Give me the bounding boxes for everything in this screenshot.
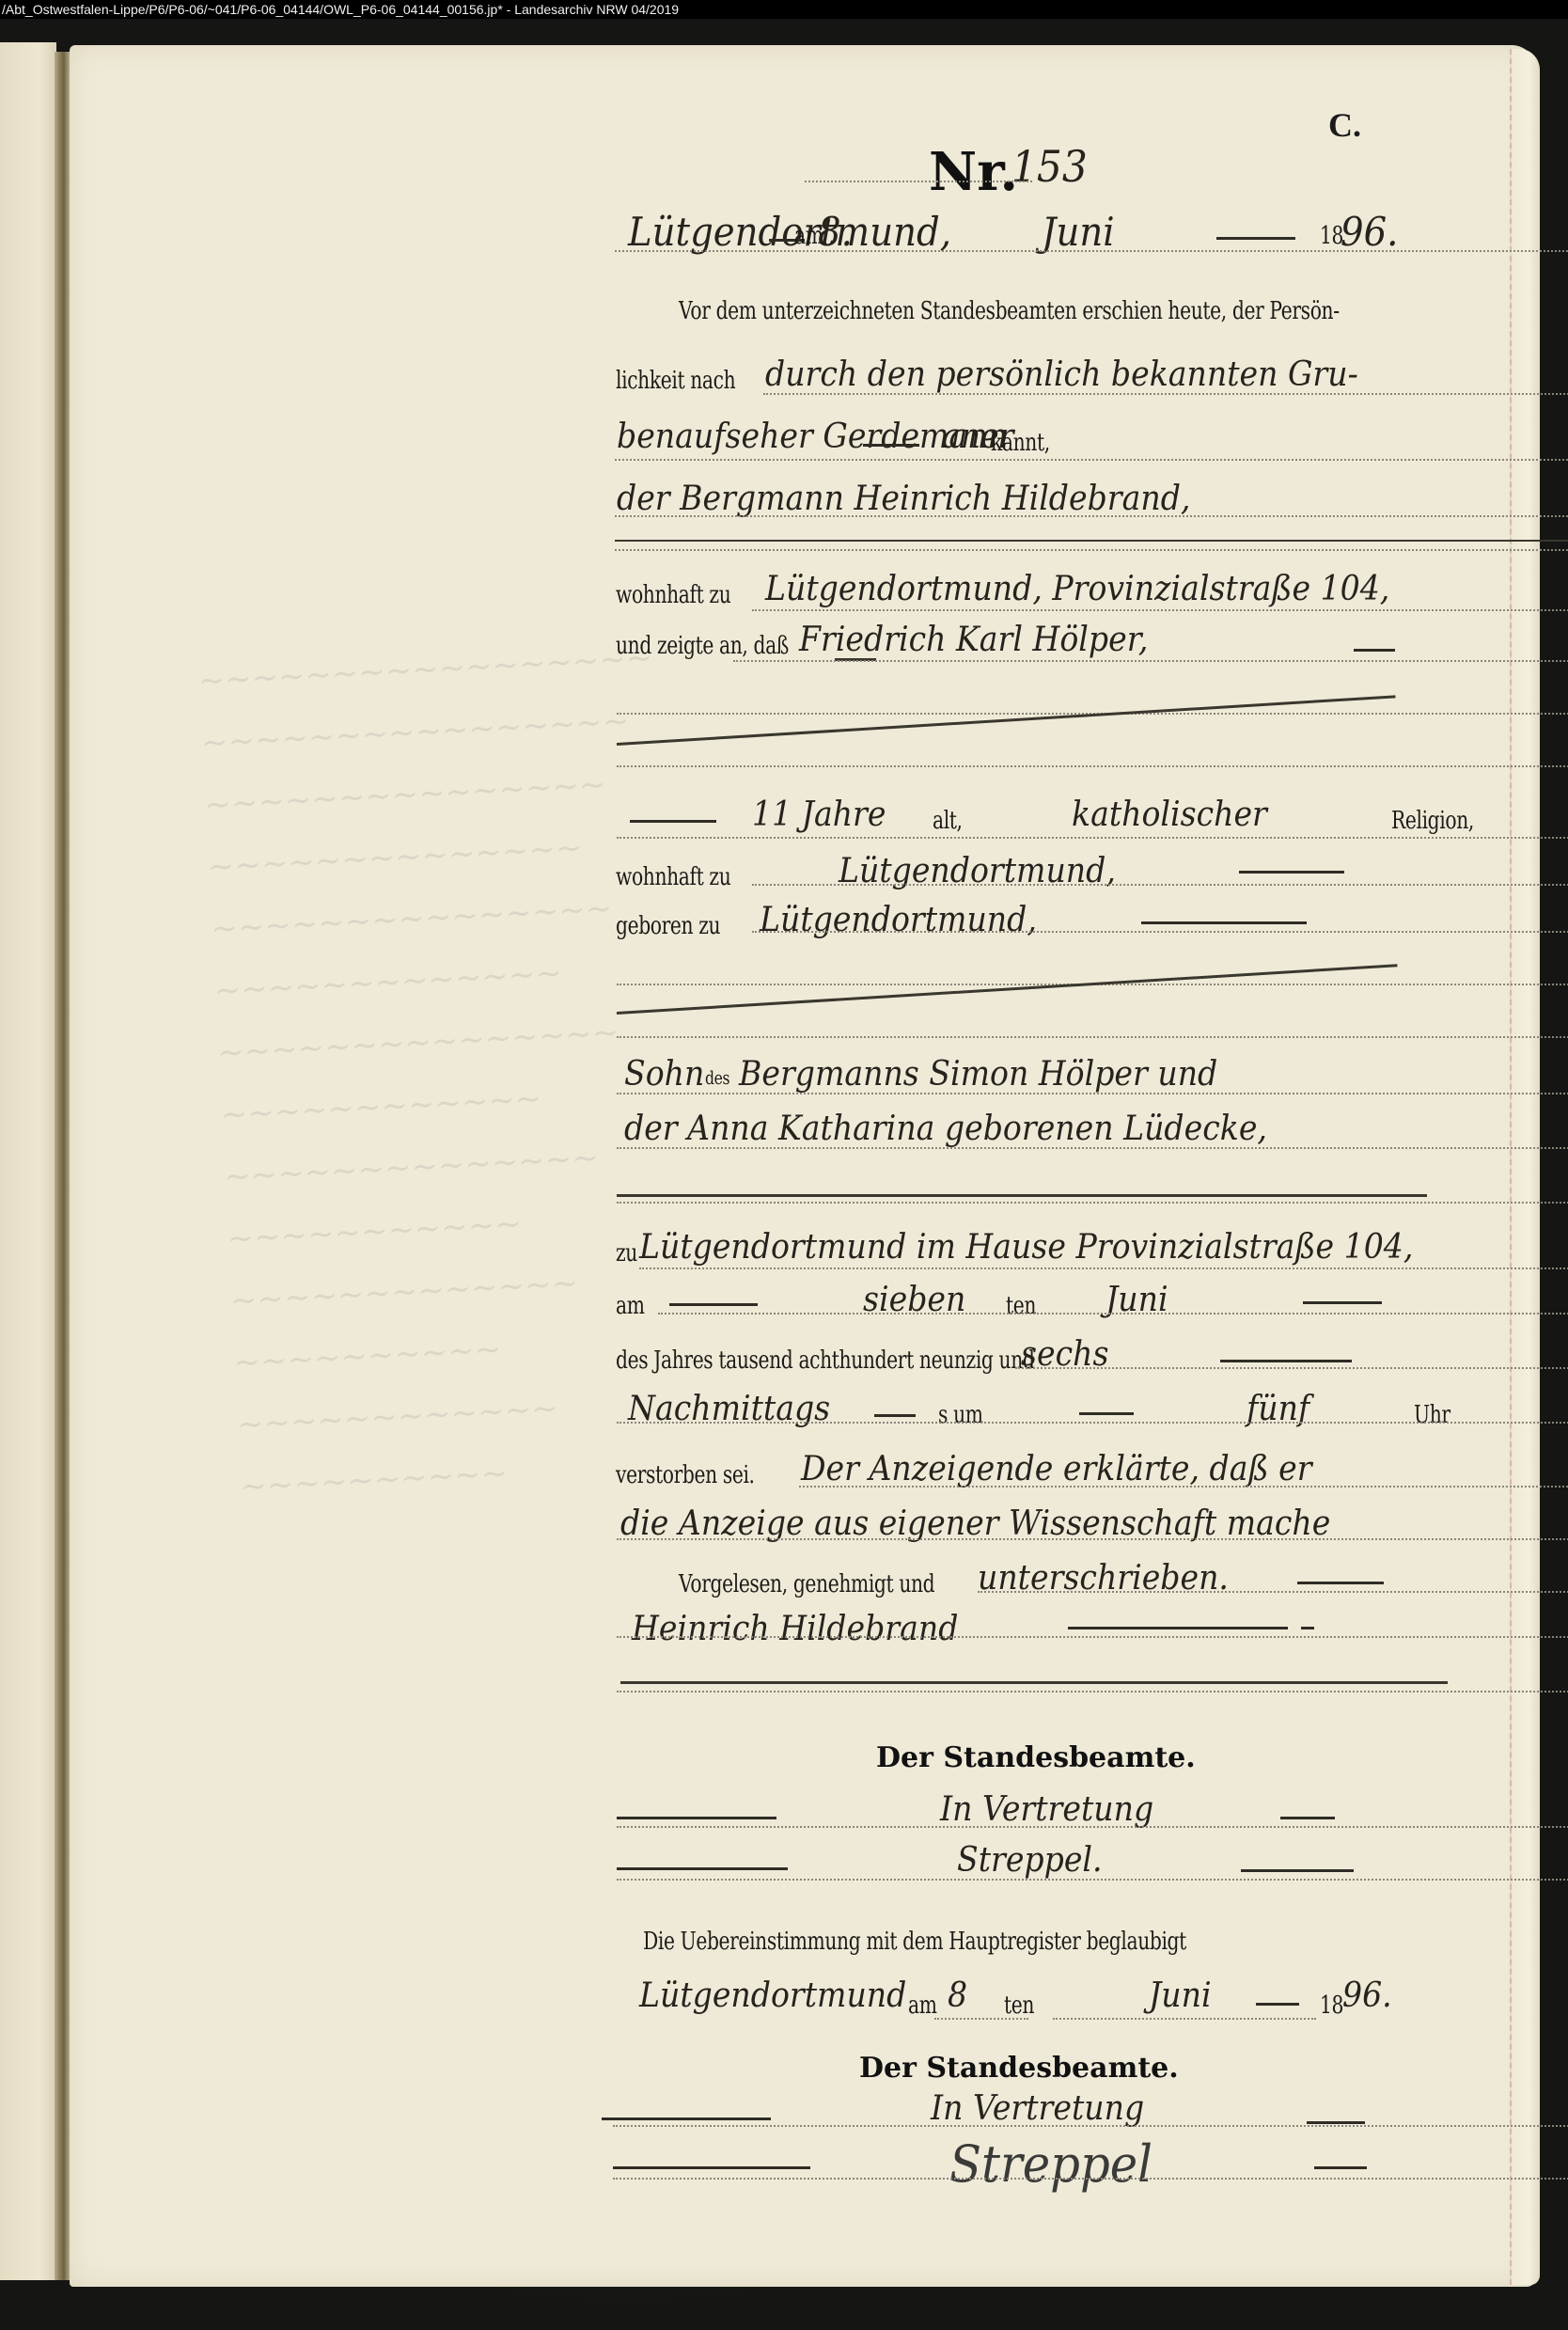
dotted-line — [1015, 1367, 1568, 1369]
year-suffix: 96. — [1341, 209, 1398, 255]
dotted-line — [617, 1147, 1568, 1149]
dotted-line — [617, 1636, 1568, 1638]
registrar2-line1: In Vertretung — [931, 2089, 1144, 2128]
dash — [669, 1303, 758, 1306]
dotted-line — [799, 1486, 1568, 1488]
registrar-line2: Streppel. — [957, 1841, 1103, 1880]
dotted-line — [617, 1202, 1568, 1204]
parents-start: Sohn — [624, 1055, 704, 1094]
uhr-label: Uhr — [1414, 1401, 1450, 1429]
dotted-line — [617, 1691, 1568, 1692]
dotted-line — [934, 2018, 1028, 2020]
dash — [1220, 1360, 1352, 1362]
strike-rule — [620, 1681, 1448, 1684]
dash — [602, 2117, 771, 2120]
dotted-line — [615, 250, 1568, 252]
dash — [1301, 1627, 1314, 1629]
remark-line2: die Anzeige aus eigener Wissenschaft mac… — [620, 1504, 1330, 1543]
cert-month-value: Juni — [1149, 1976, 1212, 2015]
dash — [874, 1414, 916, 1417]
dotted-line — [615, 515, 1568, 517]
informant-signature: Heinrich Hildebrand — [632, 1610, 958, 1648]
deceased-residence-label: wohnhaft zu — [616, 863, 730, 891]
s-um-label: s um — [938, 1401, 983, 1429]
identity-line1: durch den persönlich bekannten Gru- — [765, 355, 1358, 394]
religion-label: Religion, — [1391, 807, 1474, 835]
nr-label: Nr. — [929, 141, 1018, 203]
residence-label: wohnhaft zu — [616, 581, 730, 609]
dash — [1079, 1412, 1134, 1415]
dash — [1241, 1869, 1354, 1872]
birthplace-label: geboren zu — [616, 912, 720, 940]
dotted-line — [615, 549, 1568, 551]
dotted-line — [613, 2178, 1568, 2180]
dotted-line — [1053, 2018, 1316, 2020]
cert-year-suffix: 96. — [1342, 1976, 1392, 2015]
nr-dotted-line — [805, 181, 1032, 182]
form-letter: C. — [1328, 105, 1361, 145]
dotted-line — [752, 884, 1568, 886]
dash — [613, 2166, 810, 2169]
age-value: 11 Jahre — [752, 795, 886, 834]
nr-value: 153 — [1011, 141, 1088, 192]
dotted-line — [617, 837, 1568, 839]
birthplace-value: Lütgendortmund, — [760, 901, 1037, 939]
alt-label: alt, — [933, 807, 963, 835]
left-page-edge — [0, 42, 56, 2280]
dash — [617, 1867, 788, 1870]
dash — [1354, 649, 1395, 652]
dotted-line — [617, 1422, 1568, 1424]
ten-label: ten — [1006, 1292, 1036, 1320]
dash — [1141, 921, 1307, 924]
dotted-line — [752, 931, 1568, 933]
dotted-line — [617, 1538, 1568, 1540]
dash — [1256, 2003, 1299, 2006]
dash — [617, 1817, 776, 1819]
dotted-line — [617, 765, 1568, 767]
dotted-line — [615, 459, 1568, 461]
place-value: Lütgendortmund, — [628, 209, 951, 255]
year-text: des Jahres tausend achthundert neunzig u… — [616, 1346, 1035, 1375]
dotted-line — [733, 660, 1568, 662]
registrar-line1: In Vertretung — [940, 1790, 1153, 1829]
month-value: Juni — [1042, 209, 1115, 255]
dotted-line — [752, 609, 1568, 611]
page-stack-edge — [1510, 49, 1540, 2285]
cert-day-value: 8 — [948, 1976, 967, 2015]
dotted-line — [763, 393, 1568, 395]
strike-rule — [617, 1194, 1427, 1197]
cert-am-label: am — [908, 1992, 937, 2020]
dash — [863, 444, 919, 447]
registrar-title: Der Standesbeamte. — [876, 1741, 1196, 1774]
registrar2-signature: Streppel — [949, 2134, 1152, 2194]
dash — [1280, 1817, 1335, 1819]
dash — [1307, 2121, 1365, 2124]
deceased-label: und zeigte an, daß — [616, 632, 789, 660]
cert-place-value: Lütgendortmund — [639, 1976, 906, 2015]
dash — [1303, 1301, 1382, 1304]
dotted-line — [617, 1879, 1568, 1881]
registrar2-title: Der Standesbeamte. — [859, 2052, 1179, 2085]
dash — [1068, 1627, 1288, 1629]
dotted-line — [617, 1093, 1568, 1094]
intro-text: Vor dem unterzeichneten Standesbeamten e… — [679, 297, 1340, 325]
death-am-label: am — [616, 1292, 645, 1320]
dotted-line — [617, 1826, 1568, 1828]
dash — [1216, 237, 1295, 240]
certification-text: Die Uebereinstimmung mit dem Hauptregist… — [643, 1928, 1186, 1956]
religion-value: katholischer — [1072, 795, 1267, 834]
residence-value: Lütgendortmund, Provinzialstraße 104, — [765, 570, 1389, 608]
death-place-value: Lütgendortmund im Hause Provinzialstraße… — [639, 1228, 1413, 1267]
window-title: /Abt_Ostwestfalen-Lippe/P6/P6-06/~041/P6… — [2, 2, 679, 17]
kannt-label: kannt, — [991, 429, 1050, 457]
dotted-line — [658, 1313, 1568, 1315]
deceased-value: Friedrich Karl Hölper, — [799, 621, 1148, 659]
dotted-line — [613, 2125, 1568, 2127]
dash — [1239, 871, 1344, 874]
parents-line1: Bergmanns Simon Hölper und — [739, 1055, 1217, 1094]
dash — [1314, 2166, 1367, 2169]
identity-label: lichkeit nach — [616, 367, 735, 395]
day-value: 8. — [818, 209, 853, 255]
cert-ten-label: ten — [1004, 1992, 1034, 2020]
remark-line1: Der Anzeigende erklärte, daß er — [801, 1450, 1312, 1488]
parents-line2: der Anna Katharina geborenen Lüdecke, — [624, 1110, 1267, 1148]
dotted-line — [639, 1267, 1568, 1269]
dotted-line — [978, 1591, 1568, 1593]
approval-label: Vorgelesen, genehmigt und — [679, 1570, 934, 1598]
window-title-bar: /Abt_Ostwestfalen-Lippe/P6/P6-06/~041/P6… — [0, 0, 1568, 19]
dotted-line — [617, 1036, 1568, 1038]
dash — [630, 820, 716, 823]
death-place-label: zu — [616, 1239, 637, 1267]
des-label: des — [705, 1066, 729, 1089]
dash — [1297, 1582, 1384, 1584]
identity-line3: der Bergmann Heinrich Hildebrand, — [617, 480, 1190, 518]
cert-year-prefix: 18 — [1320, 1992, 1343, 2020]
verstorben-label: verstorben sei. — [616, 1461, 755, 1489]
strike-rule — [615, 540, 1568, 542]
